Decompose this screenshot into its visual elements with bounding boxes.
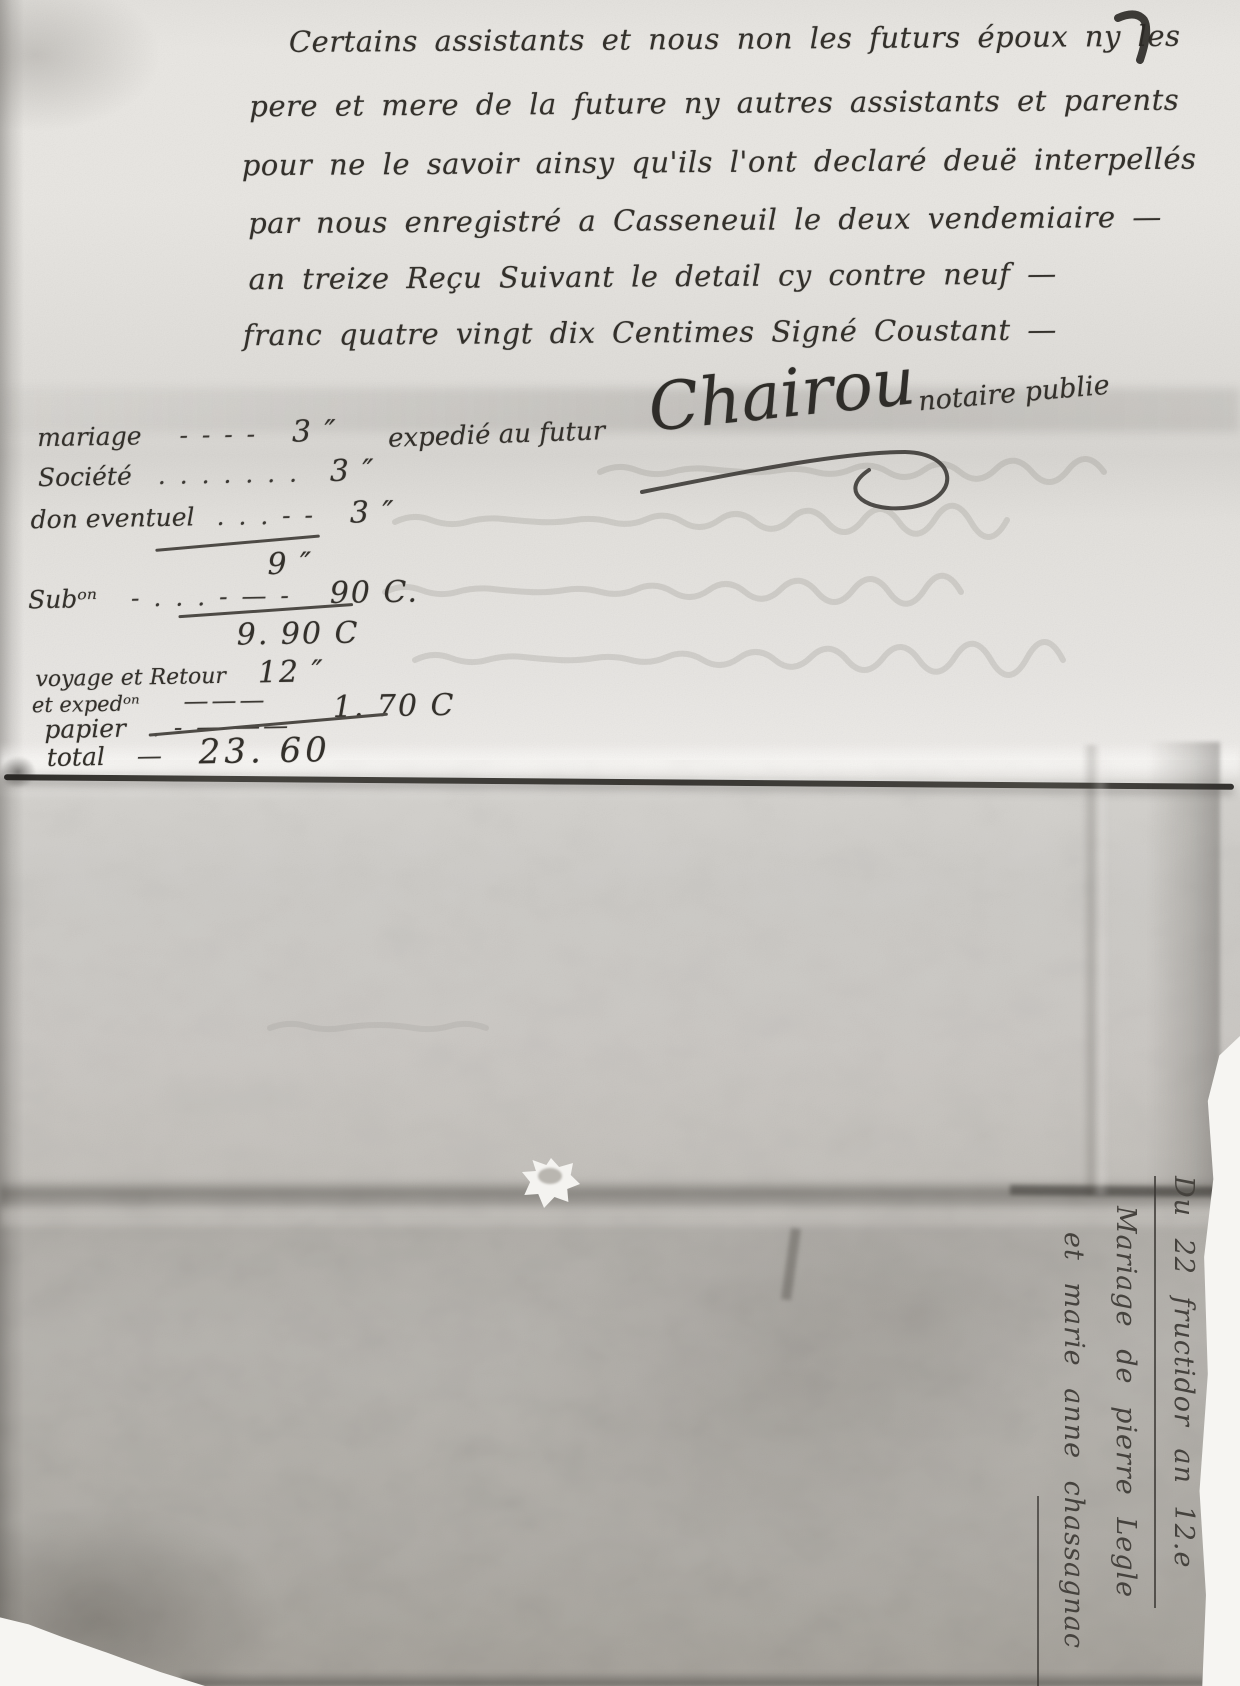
fee-leader: . . . . . . .: [157, 459, 300, 490]
fee-label: Société: [38, 461, 132, 492]
fee-label: total: [47, 742, 106, 772]
fee-label: don eventuel: [30, 502, 194, 534]
paragraph-line: Certains assistants et nous non les futu…: [289, 19, 1181, 59]
fee-row: don eventuel . . . - - 3 ″: [30, 495, 396, 536]
paragraph-line: pere et mere de la future ny autres assi…: [249, 83, 1179, 123]
fee-table: mariage - - - - 3 ″ Société . . . . . . …: [25, 407, 411, 784]
fee-amount: 3 ″: [330, 453, 376, 489]
main-paragraph: Certains assistants et nous non les futu…: [239, 15, 1181, 382]
fee-amount: 1. 70 C: [332, 688, 455, 725]
fee-row: Subᵒⁿ - . . . - — - 90 C.: [28, 574, 419, 616]
fee-label: mariage: [37, 421, 142, 452]
paragraph-line: pour ne le savoir ainsy qu'ils l'ont dec…: [242, 142, 1197, 183]
fee-row: Société . . . . . . . 3 ″: [38, 453, 376, 494]
paragraph-line: franc quatre vingt dix Centimes Signé Co…: [243, 313, 1057, 353]
document-scan: Certains assistants et nous non les futu…: [0, 0, 1240, 1686]
fee-leader: —: [137, 741, 166, 770]
fee-leader: - - - -: [179, 419, 258, 449]
fee-label: Subᵒⁿ: [28, 584, 97, 614]
verso-marriage-line: Mariage de pierre Legle: [1110, 1206, 1141, 1598]
fee-amount: 3 ″: [292, 414, 338, 450]
fee-row: 9. 90 C: [236, 616, 359, 653]
paragraph-line: par nous enregistré a Casseneuil le deux…: [248, 200, 1162, 240]
fee-amount: 12 ″: [258, 654, 326, 690]
right-edge-fold-shadow: [1148, 742, 1220, 1192]
vertical-fold-shadow: [1082, 745, 1110, 1195]
fee-row: mariage - - - - 3 ″: [37, 414, 338, 454]
fee-amount: 3 ″: [350, 495, 396, 531]
fee-leader: . . . - -: [216, 500, 316, 531]
verso-bride-line: et marie anne chassagnac: [1058, 1232, 1089, 1649]
verso-note: Du 22 fructidor an 12.e Mariage de pierr…: [1029, 1176, 1199, 1681]
wax-seal-remnant: [538, 1168, 562, 1184]
verso-date-line: Du 22 fructidor an 12.e: [1154, 1176, 1199, 1608]
fee-row: total — 23. 60: [46, 730, 331, 775]
fee-amount: 23. 60: [198, 730, 331, 772]
verso-underline-rule: [1037, 1496, 1039, 1686]
fee-leader: - . . . - — -: [131, 581, 292, 613]
paragraph-line: an treize Reçu Suivant le detail cy cont…: [248, 257, 1056, 297]
fee-amount: 9. 90 C: [236, 616, 359, 653]
